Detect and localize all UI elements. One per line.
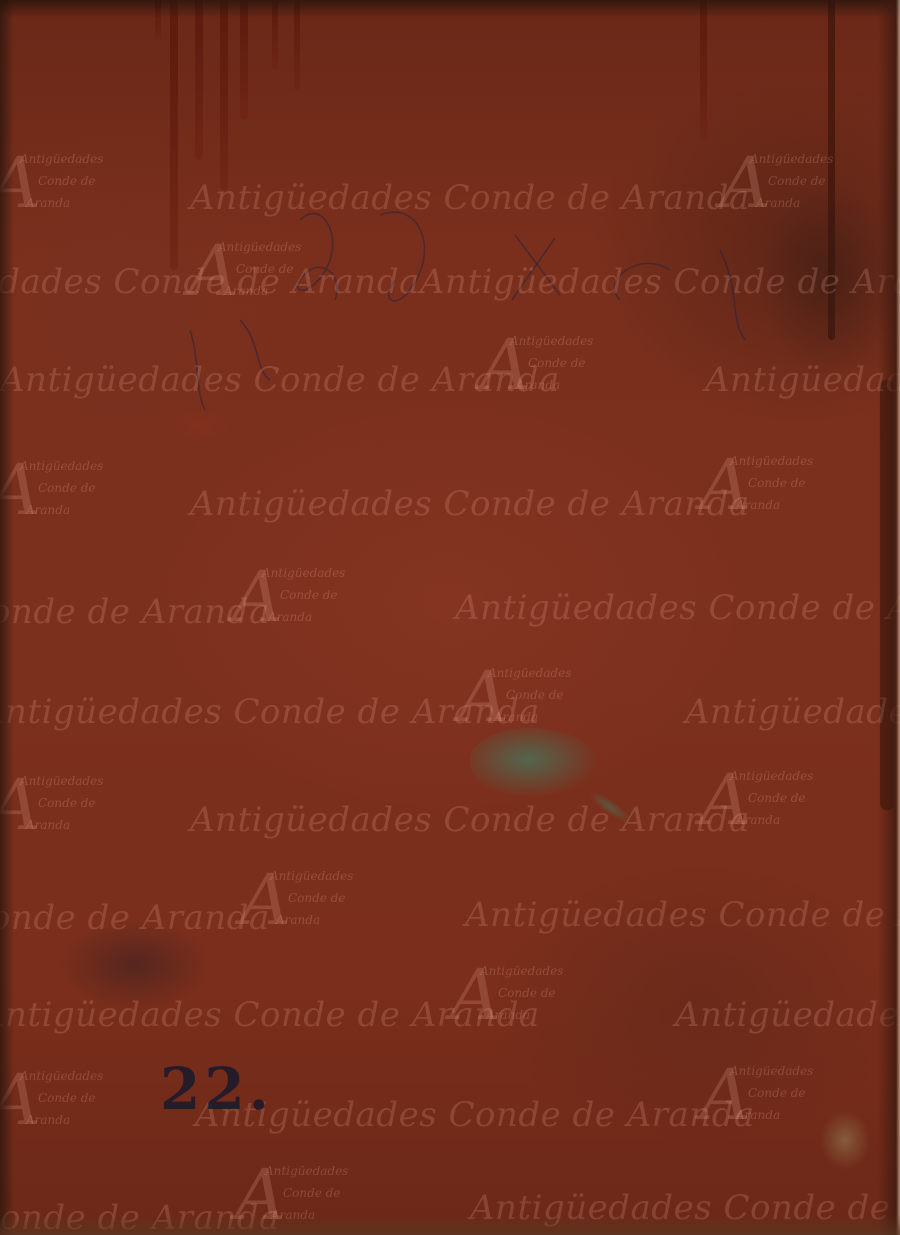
watermark-logo: A Antigüedades Conde de Aranda (700, 765, 810, 845)
logo-line: Aranda (736, 1108, 780, 1122)
logo-line: Conde de (528, 356, 586, 370)
logo-line: Antigüedades (510, 334, 593, 348)
logo-line: Antigüedades (750, 152, 833, 166)
logo-line: Antigüedades (480, 964, 563, 978)
logo-line: Antigüedades (488, 666, 571, 680)
watermark-logo: A Antigüedades Conde de Aranda (0, 770, 100, 850)
logo-line: Conde de (283, 1186, 341, 1200)
watermark-logo: A Antigüedades Conde de Aranda (700, 1060, 810, 1140)
logo-line: Antigüedades (20, 152, 103, 166)
watermark-logo: A Antigüedades Conde de Aranda (188, 236, 298, 316)
watermark-text: Antigüedades Conde de Aranda (190, 178, 750, 218)
panel-edge-top (0, 0, 900, 18)
panel-edge-left (0, 0, 14, 1235)
logo-line: Conde de (288, 891, 346, 905)
watermark-text: Antigüedades Conde de Aranda (190, 800, 750, 840)
logo-line: Conde de (38, 481, 96, 495)
logo-line: Antigüedades (265, 1164, 348, 1178)
logo-line: Aranda (268, 610, 312, 624)
watermark-text: Antigüedades Conde de Aranda (195, 1095, 755, 1135)
watermark-logo: A Antigüedades Conde de Aranda (0, 148, 100, 228)
watermark-text: Antigüedades Conde de Aranda (705, 360, 900, 400)
logo-line: Antigüedades (270, 869, 353, 883)
watermark-text: Antigüedades Conde de Aranda (420, 262, 900, 302)
logo-line: Aranda (756, 196, 800, 210)
panel-edge-bottom (0, 1215, 900, 1235)
watermark-logo: A Antigüedades Conde de Aranda (232, 562, 342, 642)
panel-edge-right (878, 0, 900, 1235)
logo-line: Antigüedades (20, 459, 103, 473)
watermark-logo: A Antigüedades Conde de Aranda (700, 450, 810, 530)
aged-panel: Antigüedades Conde de Aranda Antigüedade… (0, 0, 900, 1235)
logo-line: Conde de (748, 1086, 806, 1100)
stenciled-number: 22. (160, 1055, 273, 1123)
watermark-text: Antigüedades Conde de Aranda (0, 898, 270, 938)
logo-line: Antigüedades (20, 774, 103, 788)
watermark-logo: A Antigüedades Conde de Aranda (0, 455, 100, 535)
watermark-text: Antigüedades Conde de Aranda (455, 588, 900, 628)
logo-line: Conde de (748, 476, 806, 490)
logo-line: Aranda (224, 284, 268, 298)
watermark-logo: A Antigüedades Conde de Aranda (240, 865, 350, 945)
watermark-logo: A Antigüedades Conde de Aranda (458, 662, 568, 742)
watermark-text: Antigüedades Conde de Aranda (465, 895, 900, 935)
logo-line: Conde de (38, 174, 96, 188)
logo-line: Aranda (276, 913, 320, 927)
logo-line: Conde de (498, 986, 556, 1000)
watermark-text: Antigüedades Conde de Aranda (675, 995, 900, 1035)
watermark-text: Antigüedades Conde de Aranda (190, 484, 750, 524)
logo-line: Aranda (26, 818, 70, 832)
logo-line: Aranda (736, 813, 780, 827)
logo-line: Aranda (736, 498, 780, 512)
logo-line: Conde de (38, 1091, 96, 1105)
logo-line: Aranda (486, 1008, 530, 1022)
logo-line: Antigüedades (730, 454, 813, 468)
logo-line: Aranda (26, 1113, 70, 1127)
logo-line: Conde de (280, 588, 338, 602)
logo-line: Conde de (748, 791, 806, 805)
logo-line: Aranda (26, 196, 70, 210)
logo-line: Conde de (768, 174, 826, 188)
logo-line: Conde de (236, 262, 294, 276)
logo-line: Aranda (494, 710, 538, 724)
watermark-text: Antigüedades Conde de Aranda (685, 692, 900, 732)
logo-line: Antigüedades (730, 1064, 813, 1078)
logo-line: Conde de (506, 688, 564, 702)
watermark-logo: A Antigüedades Conde de Aranda (720, 148, 830, 228)
watermark-logo: A Antigüedades Conde de Aranda (450, 960, 560, 1040)
logo-line: Antigüedades (730, 769, 813, 783)
logo-line: Antigüedades (20, 1069, 103, 1083)
logo-line: Conde de (38, 796, 96, 810)
watermark-logo: A Antigüedades Conde de Aranda (0, 1065, 100, 1145)
watermark-logo: A Antigüedades Conde de Aranda (480, 330, 590, 410)
logo-line: Aranda (516, 378, 560, 392)
watermark-text: Antigüedades Conde de Aranda (0, 592, 270, 632)
watermark-text: Antigüedades Conde de Aranda (0, 360, 560, 400)
logo-line: Antigüedades (262, 566, 345, 580)
logo-line: Antigüedades (218, 240, 301, 254)
logo-line: Aranda (26, 503, 70, 517)
